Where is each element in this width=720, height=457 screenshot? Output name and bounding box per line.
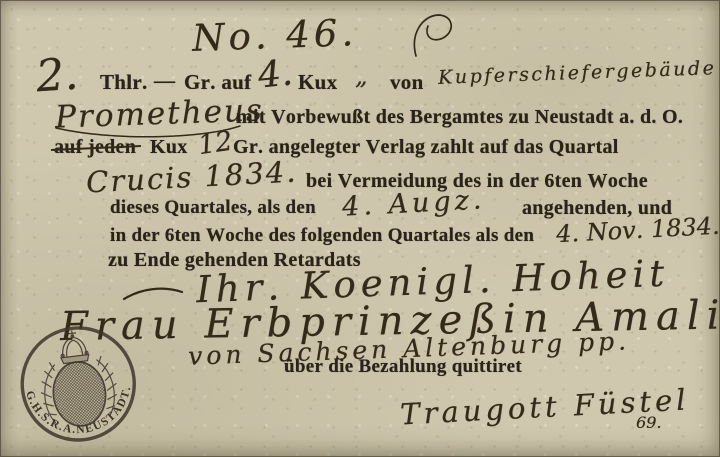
kux-count-value: 4. [256, 52, 294, 96]
pen-stroke [122, 283, 186, 303]
week-start-text-a: dieses Quartales, als den [110, 197, 316, 219]
pen-flourish-header [408, 10, 470, 62]
start-date-value: 4. Augz. [341, 184, 486, 222]
document-number: No. 46. [191, 11, 357, 60]
verlag-kux-label: Kux [150, 136, 188, 159]
quartal-term-value: Crucis 1834. [85, 154, 298, 199]
groschen-value: 12 [196, 126, 234, 161]
von-label: von [390, 70, 424, 95]
kux-label: Kux [298, 70, 337, 95]
ditto-mark: „ [355, 62, 367, 90]
mine-type-value: Kupferschiefergebäude [438, 57, 717, 89]
amount-groschen-blank: — [154, 68, 175, 93]
quittance-text: über die Bezahlung quittiret [284, 356, 522, 378]
struck-text: auf jeden [54, 136, 136, 158]
document-paper: No. 46. 2. Thlr. — Gr. auf 4. Kux „ von … [0, 0, 720, 457]
crown-icon [58, 329, 90, 364]
week-end-text: in der 6ten Woche des folgenden Quartale… [110, 225, 534, 247]
bergamt-text: mit Vorbewußt des Bergamtes zu Neustadt … [236, 106, 683, 129]
official-seal: G.H.S.R.A.NEUSTADT. [14, 314, 144, 450]
amount-thaler-value: 2. [34, 49, 79, 103]
amount-thlr-label: Thlr. [100, 70, 148, 95]
amount-gr-auf-label: Gr. auf [184, 70, 251, 95]
signature-number: 69. [636, 413, 661, 432]
